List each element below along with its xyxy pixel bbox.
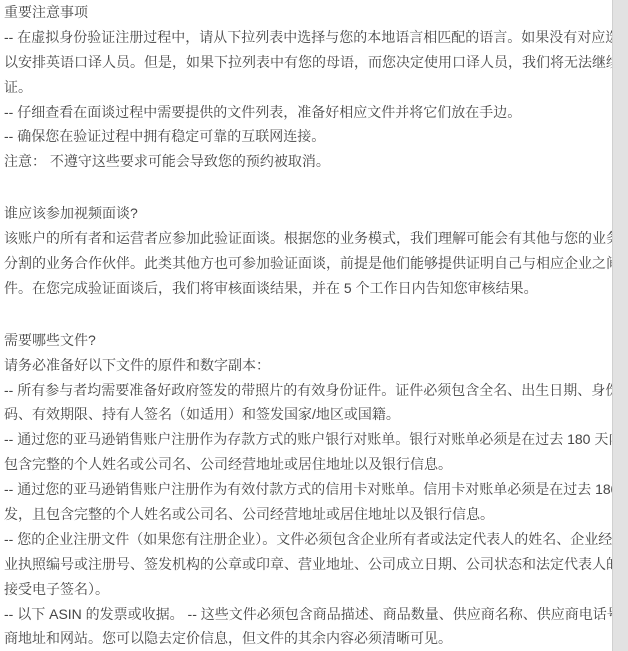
text-line: 谁应该参加视频面谈? — [4, 201, 612, 226]
text-line: 商地址和网站。您可以隐去定价信息，但文件的其余内容必须清晰可见。 — [4, 626, 612, 651]
text-line: -- 您的企业注册文件（如果您有注册企业）。文件必须包含企业所有者或法定代表人的… — [4, 527, 612, 552]
text-line: 包含完整的个人姓名或公司名、公司经营地址或居住地址以及银行信息。 — [4, 452, 612, 477]
text-line: 件。在您完成验证面谈后，我们将审核面谈结果，并在 5 个工作日内告知您审核结果。 — [4, 276, 612, 301]
text-line: 证。 — [4, 75, 612, 100]
scrollbar-track[interactable] — [612, 0, 628, 651]
text-line: 该账户的所有者和运营者应参加此验证面谈。根据您的业务模式，我们理解可能会有其他与… — [4, 226, 612, 251]
text-line: 需要哪些文件? — [4, 328, 612, 353]
text-line: 重要注意事项 — [4, 0, 612, 25]
text-line: -- 以下 ASIN 的发票或收据。 -- 这些文件必须包含商品描述、商品数量、… — [4, 602, 612, 627]
text-line: -- 仔细查看在面谈过程中需要提供的文件列表，准备好相应文件并将它们放在手边。 — [4, 100, 612, 125]
text-line: -- 确保您在验证过程中拥有稳定可靠的互联网连接。 — [4, 124, 612, 149]
section-required-documents: 需要哪些文件?请务必准备好以下文件的原件和数字副本：-- 所有参与者均需要准备好… — [4, 328, 612, 651]
text-line: 分割的业务合作伙伴。此类其他方也可参加验证面谈，前提是他们能够提供证明自己与相应… — [4, 251, 612, 276]
text-line: 请务必准备好以下文件的原件和数字副本： — [4, 353, 612, 378]
text-line: -- 通过您的亚马逊销售账户注册作为有效付款方式的信用卡对账单。信用卡对账单必须… — [4, 477, 612, 502]
text-line: 注意： 不遵守这些要求可能会导致您的预约被取消。 — [4, 149, 612, 174]
text-line: 发，且包含完整的个人姓名或公司名、公司经营地址或居住地址以及银行信息。 — [4, 502, 612, 527]
text-line: 以安排英语口译人员。但是，如果下拉列表中有您的母语，而您决定使用口译人员，我们将… — [4, 50, 612, 75]
text-line: -- 所有参与者均需要准备好政府签发的带照片的有效身份证件。证件必须包含全名、出… — [4, 378, 612, 403]
section-who-should-attend: 谁应该参加视频面谈?该账户的所有者和运营者应参加此验证面谈。根据您的业务模式，我… — [4, 201, 612, 301]
verification-info-page: 重要注意事项-- 在虚拟身份验证注册过程中，请从下拉列表中选择与您的本地语言相匹… — [0, 0, 628, 651]
text-line: 码、有效期限、持有人签名（如适用）和签发国家/地区或国籍。 — [4, 402, 612, 427]
document-text: 重要注意事项-- 在虚拟身份验证注册过程中，请从下拉列表中选择与您的本地语言相匹… — [0, 0, 612, 651]
text-line: -- 通过您的亚马逊销售账户注册作为存款方式的账户银行对账单。银行对账单必须是在… — [4, 427, 612, 452]
text-line: 业执照编号或注册号、签发机构的公章或印章、营业地址、公司成立日期、公司状态和法定… — [4, 552, 612, 577]
section-important-notes: 重要注意事项-- 在虚拟身份验证注册过程中，请从下拉列表中选择与您的本地语言相匹… — [4, 0, 612, 174]
text-line: 接受电子签名）。 — [4, 577, 612, 602]
text-line: -- 在虚拟身份验证注册过程中，请从下拉列表中选择与您的本地语言相匹配的语言。如… — [4, 25, 612, 50]
